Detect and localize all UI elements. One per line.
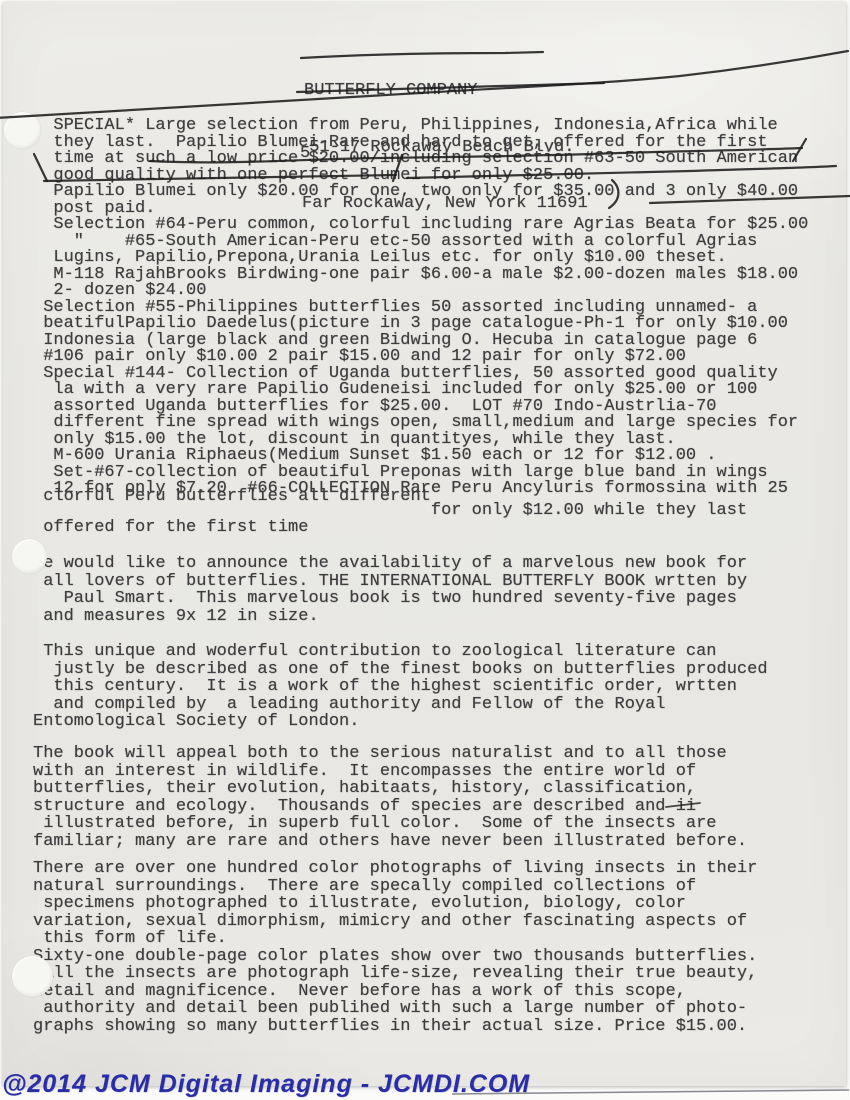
- typed-line: all lovers of butterflies. THE INTERNATI…: [33, 573, 747, 591]
- typed-line: All the insects are photograph life-size…: [33, 965, 757, 983]
- paragraph-book-praise: This unique and woderful contribution to…: [33, 643, 768, 731]
- typed-line: authority and detail been publihed with …: [33, 1000, 757, 1018]
- paragraph-book-appeal: The book will appeal both to the serious…: [33, 745, 747, 850]
- typed-line: this form of life.: [33, 930, 757, 948]
- typed-line: There are over one hundred color photogr…: [33, 860, 757, 878]
- typed-line: familiar; many are rare and others have …: [33, 833, 747, 851]
- typed-line: natural surroundings. There are specally…: [33, 878, 757, 896]
- punch-hole-bottom: [12, 956, 53, 997]
- typed-line: and compiled by a leading authority and …: [33, 696, 768, 714]
- typed-line: Entomological Society of London.: [33, 713, 768, 731]
- typed-line: offered for the first time: [33, 520, 808, 537]
- document-page: BUTTERFLY COMPANY 551-17 Rockaway Beach …: [3, 2, 846, 1086]
- typed-line: butterflies, their evolution, habitaats,…: [33, 780, 747, 798]
- typed-line: Sixty-one double-page color plates show …: [33, 948, 757, 966]
- typed-line: this century. It is a work of the highes…: [33, 678, 768, 696]
- typed-line: graphs showing so many butterflies in th…: [33, 1018, 757, 1036]
- company-name: BUTTERFLY COMPANY: [304, 82, 588, 101]
- typed-line: with an interest in wildlife. It encompa…: [33, 763, 747, 781]
- typed-line: variation, sexual dimorphism, mimicry an…: [33, 913, 757, 931]
- typed-line: illustrated before, in superb full color…: [33, 815, 747, 833]
- typed-line: We would like to announce the availabili…: [33, 555, 747, 573]
- typed-line: Paul Smart. This marvelous book is two h…: [33, 590, 747, 608]
- typed-line: and measures 9x 12 in size.: [33, 608, 747, 626]
- paragraph-book-announcement: We would like to announce the availabili…: [33, 555, 747, 625]
- typed-line: detail and magnificence. Never before ha…: [33, 983, 757, 1001]
- typed-line: specimens photographed to illustrate, ev…: [33, 895, 757, 913]
- typed-line: This unique and woderful contribution to…: [33, 643, 768, 661]
- typed-line: structure and ecology. Thousands of spec…: [33, 798, 747, 816]
- typed-line: The book will appeal both to the serious…: [33, 745, 747, 763]
- punch-hole-middle: [12, 539, 47, 574]
- paragraph-specials: SPECIAL* Large selection from Peru, Phil…: [33, 118, 808, 536]
- punch-hole-top: [4, 112, 41, 149]
- typed-line: justly be described as one of the finest…: [33, 661, 768, 679]
- watermark: @2014 JCM Digital Imaging - JCMDI.COM: [2, 1070, 530, 1099]
- paragraph-book-photos-price: There are over one hundred color photogr…: [33, 860, 757, 1035]
